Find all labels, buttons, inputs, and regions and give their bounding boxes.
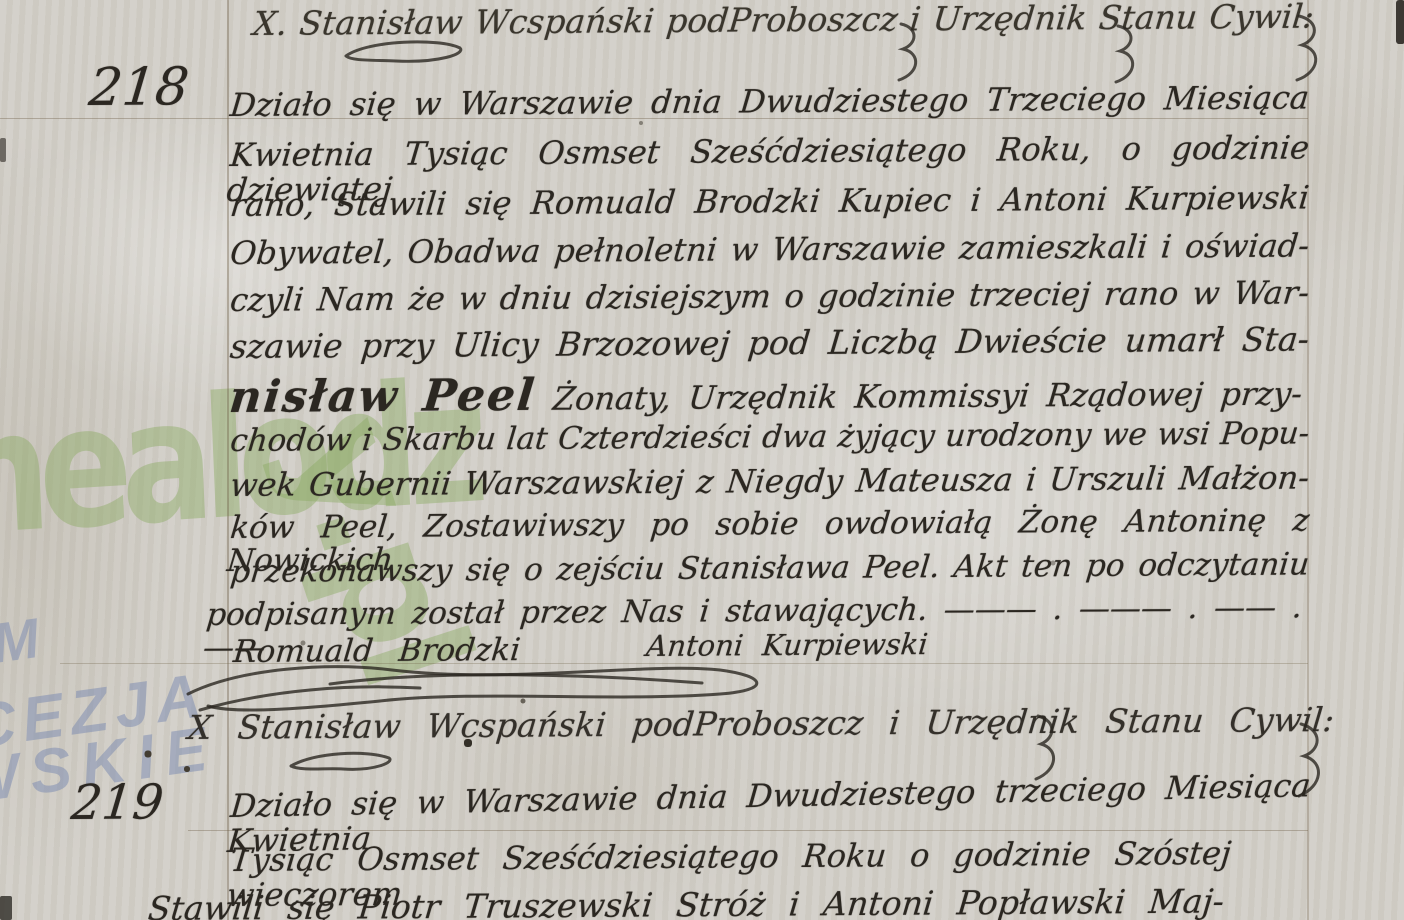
- ink-flourish-closing: [285, 748, 405, 776]
- entry-218-line-continuation: Żonaty, Urzędnik Kommissyi Rządowej przy…: [551, 375, 1304, 418]
- witness-signature-kurpiewski: Antoni Kurpiewski: [645, 629, 929, 662]
- entry-218-line: Działo się w Warszawie dnia Dwudziestego…: [229, 80, 1311, 122]
- entry-218-line: wek Gubernii Warszawskiej z Niegdy Mateu…: [229, 460, 1311, 502]
- entry-219-line: Stawili się Piotr Truszewski Stróż i Ant…: [147, 883, 1226, 920]
- entry-218-line-deceased-name: nisław Peel Żonaty, Urzędnik Kommissyi R…: [227, 367, 1304, 422]
- edge-mark-left: [0, 138, 6, 162]
- margin-rule-vertical: [227, 0, 229, 920]
- ink-flourish-header-tail-2: [1110, 22, 1144, 84]
- deceased-name: nisław Peel: [227, 370, 538, 423]
- entry-218-line: przekonawszy się o zejściu Stanisława Pe…: [229, 548, 1311, 589]
- edge-mark-bottom-left: [0, 896, 12, 920]
- entry-218-line: Obywatel, Obadwa pełnoletni w Warszawie …: [229, 228, 1311, 270]
- registrar-signature-bottom: X Stanisław Wcspański podProboszcz i Urz…: [187, 702, 1336, 746]
- entry-218-line: rano, Stawili się Romuald Brodzki Kupiec…: [229, 180, 1311, 222]
- ink-blot-top-right: [1396, 0, 1404, 44]
- archive-watermark-line-1: M: [0, 605, 43, 676]
- ink-flourish-header-tail-1: [893, 20, 927, 82]
- entry-218-line: chodów i Skarbu lat Czterdzieści dwa żyj…: [229, 417, 1311, 458]
- entry-number-218: 218: [86, 59, 191, 116]
- entry-number-219: 219: [69, 777, 166, 829]
- entry-218-line: szawie przy Ulicy Brzozowej pod Liczbą D…: [229, 321, 1311, 364]
- ink-flourish-header-tail-3: [1290, 12, 1328, 82]
- entry-218-line: czyli Nam że w dniu dzisiejszym o godzin…: [229, 275, 1311, 317]
- manuscript-page-scan: nealodz y.pl M CEZJA WSKIE X. Stanisław …: [0, 0, 1404, 920]
- ink-specks: [0, 0, 2, 2]
- ink-flourish-header: [338, 36, 473, 68]
